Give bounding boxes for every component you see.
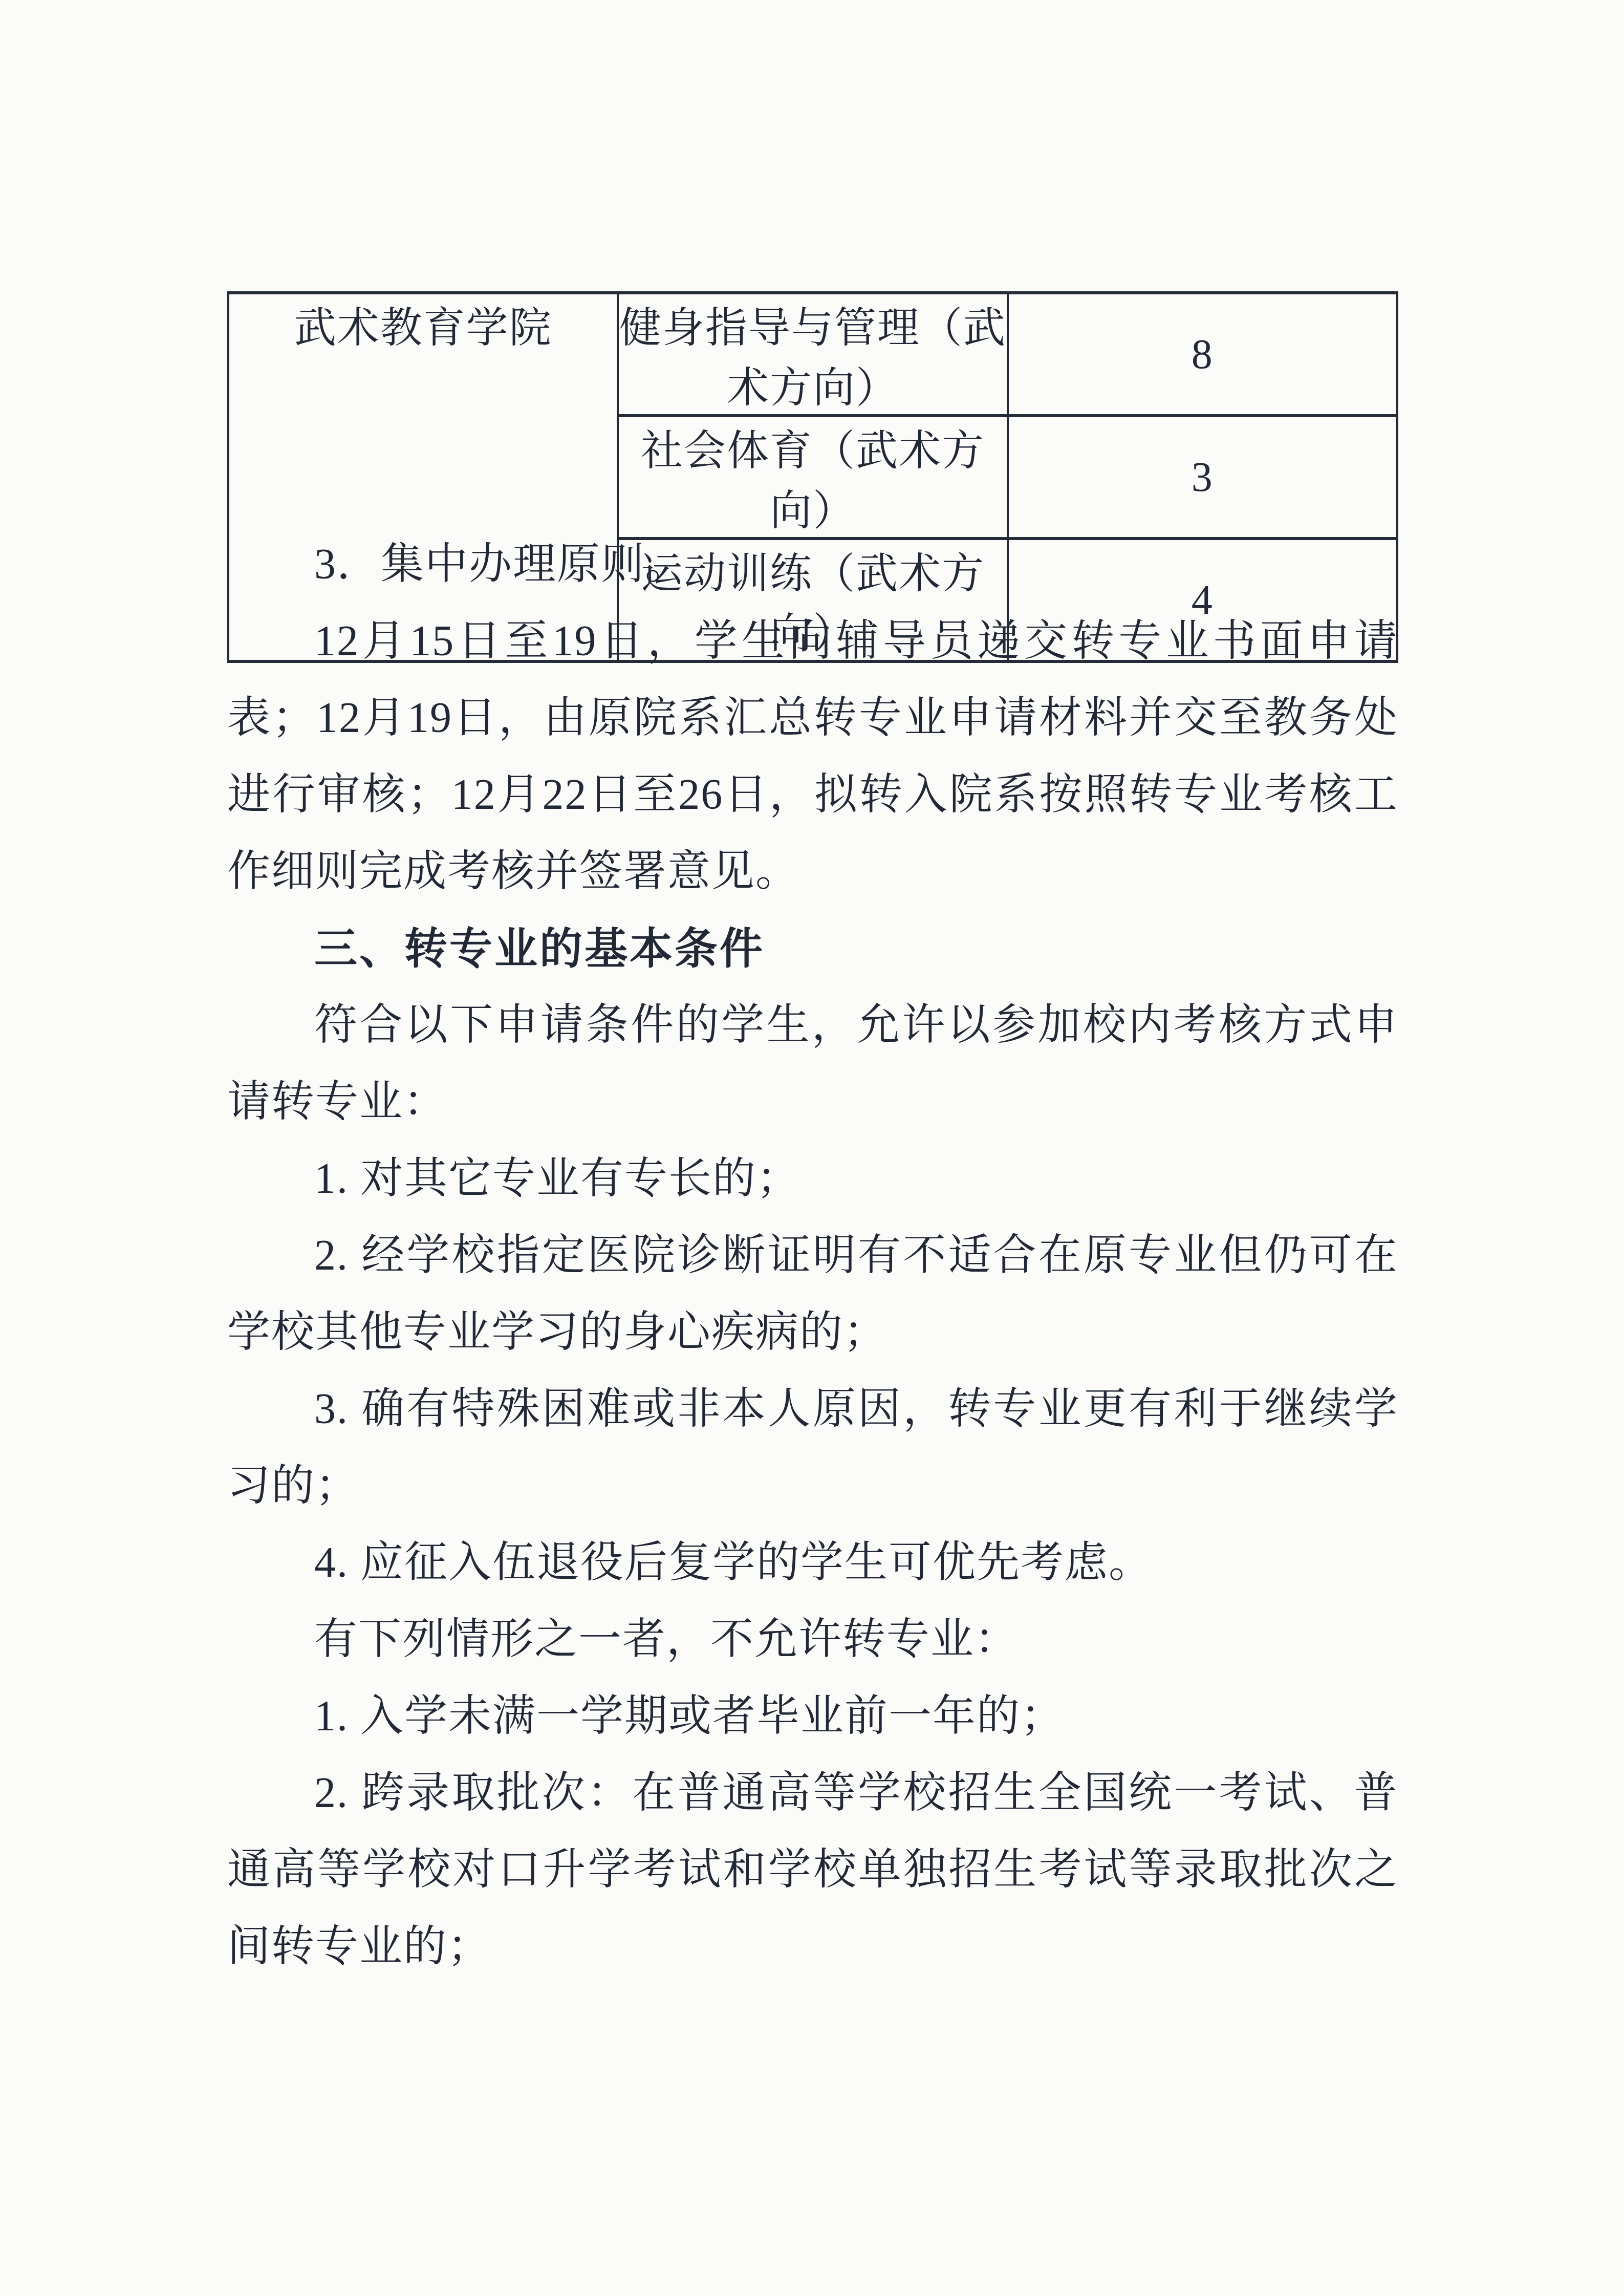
text-line: 4. 应征入伍退役后复学的学生可优先考虑。: [227, 1525, 1398, 1601]
text-line: 2. 经学校指定医院诊断证明有不适合在原专业但仍可在: [227, 1217, 1398, 1294]
text-line: 通高等学校对口升学考试和学校单独招生考试等录取批次之: [227, 1832, 1398, 1908]
text-line: 间转专业的；: [227, 1908, 1398, 1985]
text-line: 12月15日至19日，学生向辅导员递交转专业书面申请: [227, 603, 1398, 680]
section-heading: 三、转专业的基本条件: [227, 910, 1398, 987]
text-line: 1. 对其它专业有专长的；: [227, 1141, 1398, 1217]
text-line: 2. 跨录取批次：在普通高等学校招生全国统一考试、普: [227, 1755, 1398, 1832]
text-line: 3．集中办理原则。: [227, 526, 1398, 603]
text-line: 1. 入学未满一学期或者毕业前一年的；: [227, 1678, 1398, 1755]
text-line: 有下列情形之一者，不允许转专业：: [227, 1601, 1398, 1678]
scanned-document-page: 武术教育学院 健身指导与管理（武术方向） 8 社会体育（武术方向） 3 运动训练…: [0, 0, 1624, 2296]
text-line: 作细则完成考核并签署意见。: [227, 833, 1398, 910]
body-text-block: 3．集中办理原则。12月15日至19日，学生向辅导员递交转专业书面申请表；12月…: [227, 526, 1398, 1985]
text-line: 表；12月19日，由原院系汇总转专业申请材料并交至教务处: [227, 680, 1398, 757]
major-name-cell: 健身指导与管理（武术方向）: [618, 293, 1007, 416]
text-line: 请转专业：: [227, 1064, 1398, 1141]
quota-value-cell: 3: [1008, 416, 1397, 539]
text-line: 符合以下申请条件的学生，允许以参加校内考核方式申: [227, 987, 1398, 1064]
major-name-cell: 社会体育（武术方向）: [618, 416, 1007, 539]
text-line: 进行审核；12月22日至26日，拟转入院系按照转专业考核工: [227, 757, 1398, 833]
text-line: 学校其他专业学习的身心疾病的；: [227, 1294, 1398, 1371]
text-line: 3. 确有特殊困难或非本人原因，转专业更有利于继续学: [227, 1371, 1398, 1448]
text-line: 习的；: [227, 1448, 1398, 1525]
quota-value-cell: 8: [1008, 293, 1397, 416]
table-row: 武术教育学院 健身指导与管理（武术方向） 8: [228, 293, 1397, 416]
